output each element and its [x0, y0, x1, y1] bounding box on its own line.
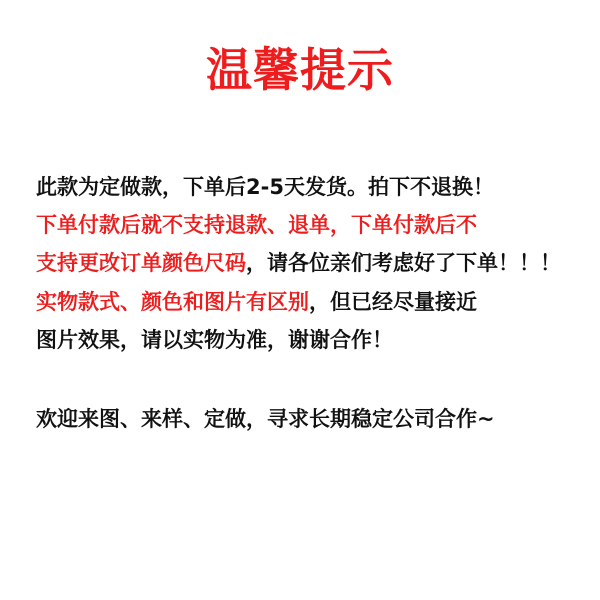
notice-text-no-refund: 下单付款后就不支持退款、退单，下单付款后不: [36, 213, 477, 237]
notice-line-5: 图片效果，请以实物为准，谢谢合作！: [36, 325, 393, 355]
notice-title: 温馨提示: [0, 42, 600, 98]
notice-text-actual-item: 图片效果，请以实物为准，谢谢合作！: [36, 328, 393, 352]
notice-line-1: 此款为定做款，下单后2-5天发货。拍下不退换！: [36, 172, 494, 202]
notice-text-no-change: 支持更改订单颜色尺码: [36, 251, 246, 275]
closing-text: 欢迎来图、来样、定做，寻求长期稳定公司合作~: [36, 407, 495, 431]
closing-line: 欢迎来图、来样、定做，寻求长期稳定公司合作~: [36, 404, 495, 434]
notice-text-custom-made: 此款为定做款，下单后2-5天发货。拍下不退换！: [36, 175, 494, 199]
notice-line-4: 实物款式、颜色和图片有区别，但已经尽量接近: [36, 287, 477, 317]
notice-text-consider: ，请各位亲们考虑好了下单！！！: [246, 251, 561, 275]
notice-text-difference: 实物款式、颜色和图片有区别: [36, 290, 309, 314]
notice-line-2: 下单付款后就不支持退款、退单，下单付款后不: [36, 210, 477, 240]
notice-text-close: ，但已经尽量接近: [309, 290, 477, 314]
notice-line-3: 支持更改订单颜色尺码，请各位亲们考虑好了下单！！！: [36, 248, 561, 278]
